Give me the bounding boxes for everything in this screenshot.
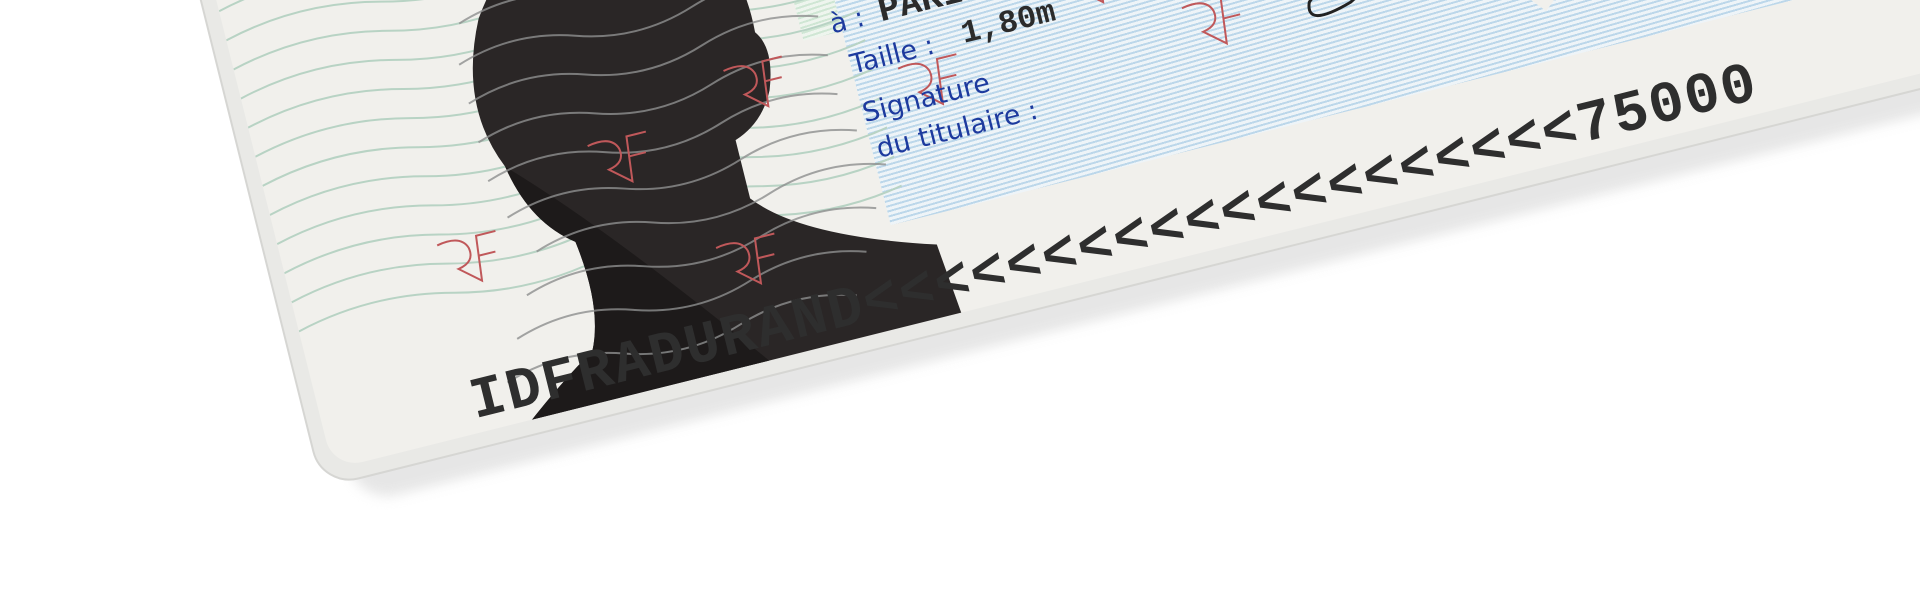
id-card-photo: Prénom(s) : ANTOINE, PAUL, HENRI Né(e) l…: [0, 0, 1920, 600]
identity-card: Prénom(s) : ANTOINE, PAUL, HENRI Né(e) l…: [115, 0, 1920, 489]
card-face: Prénom(s) : ANTOINE, PAUL, HENRI Né(e) l…: [134, 0, 1920, 469]
